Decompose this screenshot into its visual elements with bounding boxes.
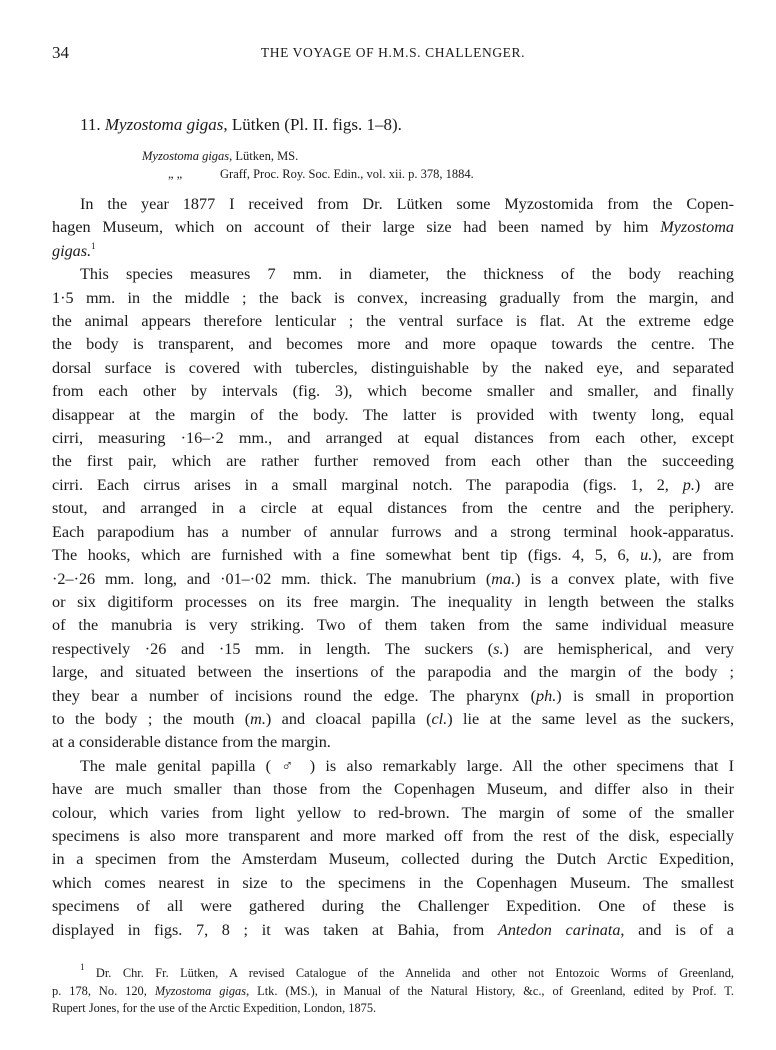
footnote-line: p. 178, No. 120, Myzostoma gigas, Ltk. (… — [52, 983, 734, 1001]
text-line: specimens of all were gathered during th… — [52, 895, 734, 918]
text-line: which comes nearest in size to the speci… — [52, 872, 734, 895]
running-title: THE VOYAGE OF H.M.S. CHALLENGER. — [52, 45, 734, 61]
species-heading: 11. Myzostoma gigas, Lütken (Pl. II. fig… — [80, 115, 402, 135]
species-name: Myzostoma gigas — [105, 115, 224, 134]
text-line: the first pair, which are rather further… — [52, 450, 734, 473]
text-line: at a considerable distance from the marg… — [52, 731, 734, 754]
text-line: Each parapodium has a number of annular … — [52, 521, 734, 544]
text-line: This species measures 7 mm. in diameter,… — [52, 263, 734, 286]
synonym-citation: , Lütken, MS. — [229, 149, 298, 163]
running-head: 34 THE VOYAGE OF H.M.S. CHALLENGER. — [52, 43, 734, 65]
text-line: or six digitiform processes on its free … — [52, 591, 734, 614]
text-line: they bear a number of incisions round th… — [52, 685, 734, 708]
text-line: of the manubria is very striking. Two of… — [52, 614, 734, 637]
text-line: cirri. Each cirrus arises in a small mar… — [52, 474, 734, 497]
text-line: stout, and arranged in a circle at equal… — [52, 497, 734, 520]
text-line: hagen Museum, which on account of their … — [52, 216, 734, 239]
text-line: in a specimen from the Amsterdam Museum,… — [52, 848, 734, 871]
text-line: colour, which varies from light yellow t… — [52, 802, 734, 825]
text-line: from each other by intervals (fig. 3), w… — [52, 380, 734, 403]
footnote-line: Rupert Jones, for the use of the Arctic … — [52, 1000, 734, 1018]
text-line: displayed in figs. 7, 8 ; it was taken a… — [52, 919, 734, 942]
text-line: The hooks, which are furnished with a fi… — [52, 544, 734, 567]
text-line: ·2–·26 mm. long, and ·01–·02 mm. thick. … — [52, 568, 734, 591]
text-line: dorsal surface is covered with tubercles… — [52, 357, 734, 380]
text-line: the animal appears therefore lenticular … — [52, 310, 734, 333]
text-line: 1·5 mm. in the middle ; the back is conv… — [52, 287, 734, 310]
body-text: In the year 1877 I received from Dr. Lüt… — [52, 193, 734, 942]
text-line: specimens is also more transparent and m… — [52, 825, 734, 848]
species-number: 11. — [80, 115, 101, 134]
text-line: to the body ; the mouth (m.) and cloacal… — [52, 708, 734, 731]
footnote-line: 1 Dr. Chr. Fr. Lütken, A revised Catalog… — [52, 965, 734, 983]
synonymy-entry: „ „Graff, Proc. Roy. Soc. Edin., vol. xi… — [168, 167, 474, 182]
synonym-name: Myzostoma gigas — [142, 149, 229, 163]
text-line: In the year 1877 I received from Dr. Lüt… — [52, 193, 734, 216]
text-line: large, and situated between the insertio… — [52, 661, 734, 684]
text-line: respectively ·26 and ·15 mm. in length. … — [52, 638, 734, 661]
text-line: cirri, measuring ·16–·2 mm., and arrange… — [52, 427, 734, 450]
text-line: have are much smaller than those from th… — [52, 778, 734, 801]
footnote: 1 Dr. Chr. Fr. Lütken, A revised Catalog… — [52, 965, 734, 1018]
footnote-ref[interactable]: 1 — [91, 241, 96, 251]
text-line: disappear at the margin of the body. The… — [52, 404, 734, 427]
text-line: The male genital papilla ( ♂ ) is also r… — [52, 755, 734, 778]
species-authority: , Lütken (Pl. II. figs. 1–8). — [223, 115, 401, 134]
document-page: 34 THE VOYAGE OF H.M.S. CHALLENGER. 11. … — [0, 0, 776, 1050]
text-line: gigas.1 — [52, 240, 734, 263]
ditto-marks: „ „ — [168, 167, 220, 182]
synonymy-entry: Myzostoma gigas, Lütken, MS. — [142, 149, 298, 164]
synonym-citation: Graff, Proc. Roy. Soc. Edin., vol. xii. … — [220, 167, 474, 181]
text-line: the body is transparent, and becomes mor… — [52, 333, 734, 356]
